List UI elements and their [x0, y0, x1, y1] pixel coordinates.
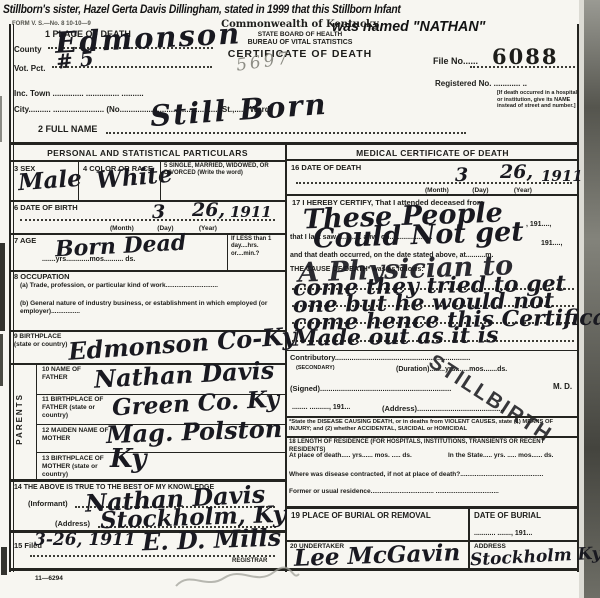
dob-day-handwritten: 26, [192, 201, 225, 220]
dob-dotted-rule [20, 219, 275, 221]
scan-mark-left-4 [0, 96, 2, 142]
rule [36, 452, 287, 453]
age-label: 7 AGE [14, 236, 36, 245]
signed-address-label: (Address)...............................… [382, 404, 505, 413]
rule [287, 194, 577, 196]
cert-statement-line-7: Made out as it is [293, 324, 499, 350]
rule [287, 159, 577, 161]
birthplace-label: 9 BIRTHPLACE (state or country) [14, 333, 72, 349]
annotation-line-1: Stillborn's sister, Hazel Gerta Davis Di… [3, 2, 401, 16]
burial-label: 19 PLACE OF BURIAL OR REMOVAL [291, 511, 431, 521]
md-label: M. D. [553, 382, 572, 392]
filed-date-handwritten: 3-26, 1911 [34, 532, 136, 549]
violent-causes-note: *State the DISEASE CAUSING DEATH, or in … [289, 419, 576, 433]
in-state-label: In the State..... yrs. ..... mos...... d… [448, 452, 573, 460]
scan-mark-left-2 [0, 334, 3, 386]
full-name-label: 2 FULL NAME [38, 124, 97, 135]
scan-mark-left-3 [1, 547, 7, 575]
registrar-signature: E. D. Mills [142, 526, 282, 555]
occupation-trade-label: (a) Trade, profession, or particular kin… [20, 282, 278, 290]
frame-left-rule [9, 24, 11, 572]
burial-date-label: DATE OF BURIAL [474, 511, 541, 521]
informant-address-label: (Address) [55, 519, 90, 528]
scanned-death-certificate: Stillborn's sister, Hazel Gerta Davis Di… [0, 0, 600, 598]
hospital-note: [If death occurred in a hospital or inst… [497, 90, 579, 110]
medical-section-title: MEDICAL CERTIFICATE OF DEATH [295, 148, 570, 158]
dob-label: 6 DATE OF BIRTH [14, 203, 78, 212]
scan-edge-gap [579, 0, 584, 598]
cert-191-b: 191...., [541, 240, 562, 249]
dod-day-handwritten: 26, [500, 163, 533, 182]
former-residence-label: Former or usual residence...............… [289, 488, 576, 496]
rule [78, 160, 79, 200]
dated-191-label: ........ .........., 191... [292, 404, 350, 413]
occupation-industry-label: (b) General nature of industry business,… [20, 300, 278, 316]
secondary-label: (SECONDARY) [296, 365, 335, 372]
cert-statement-line-2: Could Not get [313, 218, 525, 252]
informant-label: (Informant) [28, 499, 68, 508]
sex-value-handwritten: Male [17, 167, 82, 194]
at-place-label: At place of death..... yrs...... mos. ..… [289, 452, 439, 460]
rule [9, 200, 287, 202]
mother-name-label: 12 MAIDEN NAME OF MOTHER [42, 427, 110, 443]
father-name-label: 10 NAME OF FATHER [42, 366, 94, 382]
race-value-handwritten: White [95, 163, 173, 193]
mother-birthplace-handwritten: Ky [110, 446, 147, 472]
filed-dotted-rule [30, 555, 275, 557]
mother-name-handwritten: Mag. Polston [106, 417, 283, 447]
scan-edge-right [584, 0, 600, 598]
age-units: .......yrs............mos.......... ds. [42, 256, 135, 265]
dob-year-handwritten: 1911 [230, 205, 272, 220]
marital-label: 5 SINGLE, MARRIED, WIDOWED, OR DIVORCED … [164, 163, 282, 178]
signed-label: (Signed)................................… [290, 384, 451, 393]
dod-dotted-rule [296, 182, 572, 184]
form-number: 11—6294 [35, 575, 63, 583]
precinct-value-handwritten: # 5 [55, 48, 95, 72]
where-contracted-label: Where was disease contracted, if not at … [289, 471, 576, 479]
file-no-dotted-rule [470, 66, 575, 68]
rule [160, 160, 161, 200]
registered-no-label: Registered No. ............ .. [435, 79, 527, 89]
inc-town-line: Inc. Town .............. ...............… [14, 89, 144, 99]
rule [287, 506, 577, 509]
frame-right-rule [577, 24, 579, 572]
county-label: County [14, 45, 42, 55]
burial-date-value: ........... ......., 191... [474, 530, 532, 539]
undertaker-signature: Lee McGavin [294, 541, 461, 570]
date-of-death-label: 16 DATE OF DEATH [291, 163, 361, 172]
precinct-label: Vot. Pct. [14, 64, 45, 74]
rule [287, 436, 577, 438]
mother-birthplace-label: 13 BIRTHPLACE OF MOTHER (state or countr… [42, 455, 110, 479]
rule [287, 416, 577, 418]
occupation-label: 8 OCCUPATION [14, 272, 70, 281]
pencil-scribble-icon [172, 564, 302, 594]
full-name-value-handwritten: Still Born [149, 90, 328, 131]
cert-191-a: , 191...., [526, 221, 551, 230]
rule [36, 363, 37, 479]
personal-section-title: PERSONAL AND STATISTICAL PARTICULARS [25, 148, 270, 158]
scan-mark-left-1 [0, 243, 5, 331]
rule [227, 233, 228, 270]
parents-label: PARENTS [15, 393, 25, 445]
rule [287, 350, 577, 351]
age-less-note: If LESS than 1 day....hrs. or....min.? [231, 236, 283, 258]
father-birthplace-label: 11 BIRTHPLACE OF FATHER (state or countr… [42, 396, 110, 420]
columns-top-rule [9, 142, 579, 145]
